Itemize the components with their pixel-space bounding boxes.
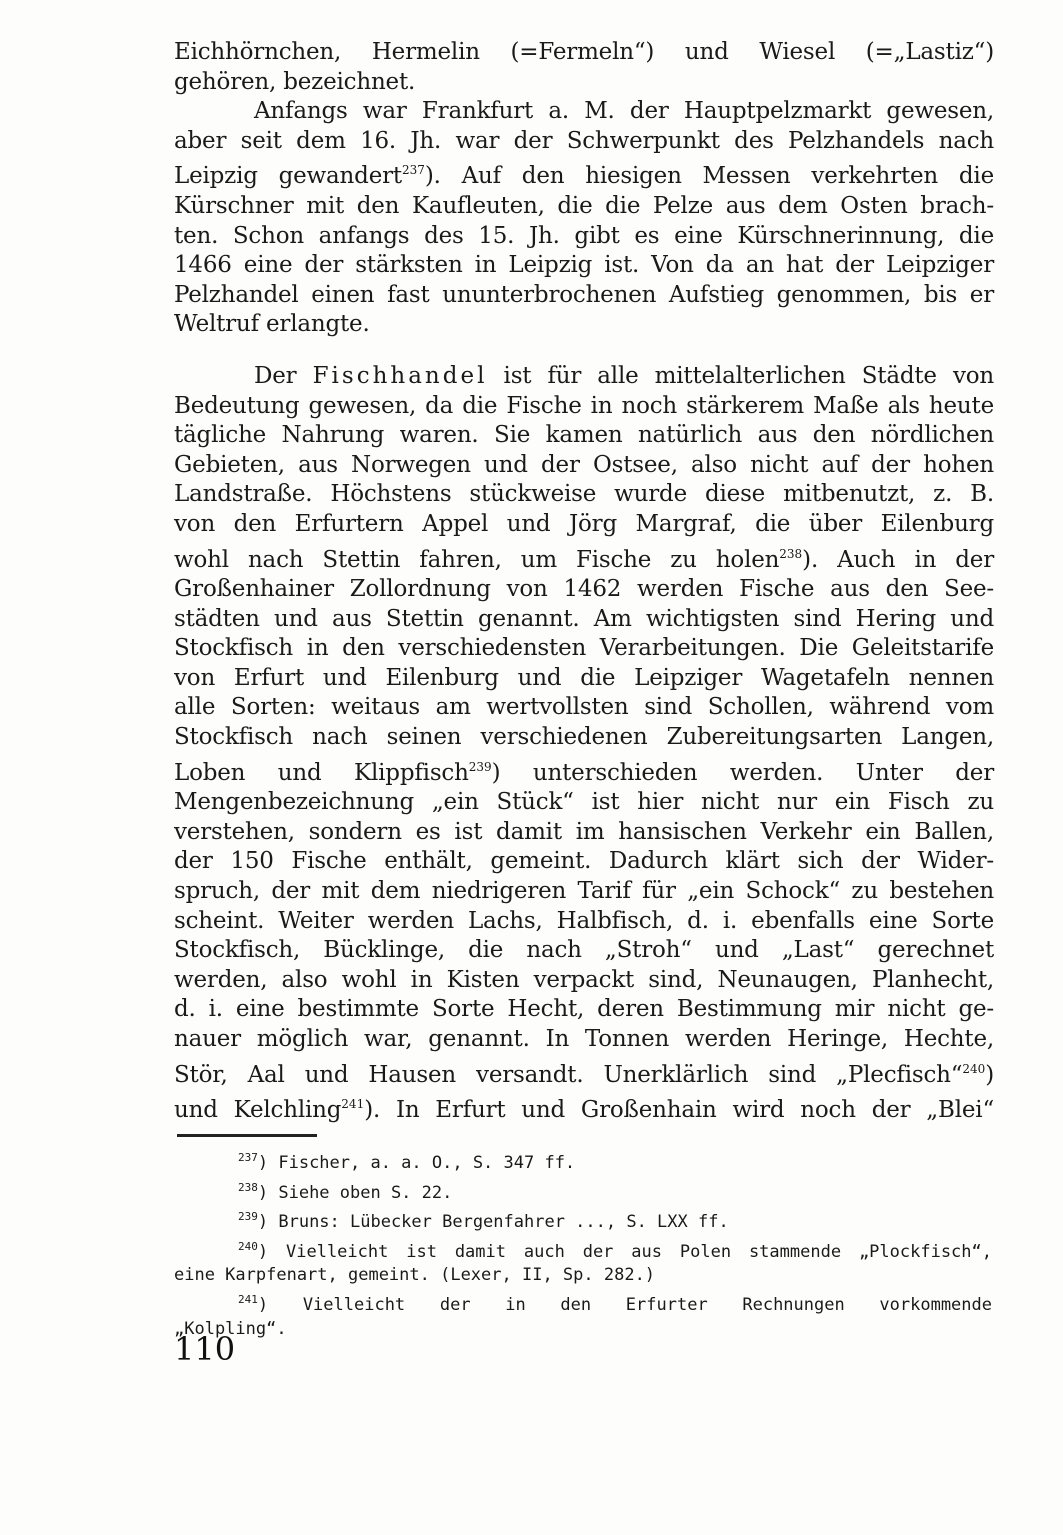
text-line: Eichhörnchen, Hermelin (=Fermeln“) und W… bbox=[174, 38, 994, 68]
text-line: tägliche Nahrung waren. Sie kamen natürl… bbox=[174, 421, 994, 451]
text-segment: ) bbox=[985, 1062, 994, 1088]
footnote-text: eine Karpfenart, gemeint. (Lexer, II, Sp… bbox=[174, 1265, 655, 1285]
text-segment: und Kelchling bbox=[174, 1097, 341, 1123]
text-segment: Leipzig gewandert bbox=[174, 163, 402, 189]
footnote-line: 238) Siehe oben S. 22. bbox=[174, 1176, 992, 1206]
text-segment: wohl nach Stettin fahren, um Fische zu h… bbox=[174, 547, 779, 573]
page-number: 110 bbox=[174, 1330, 235, 1368]
text-line: Stockfisch nach seinen verschiedenen Zub… bbox=[174, 723, 994, 753]
text-line: und Kelchling241). In Erfurt und Großenh… bbox=[174, 1090, 994, 1126]
text-line: Mengenbezeichnung „ein Stück“ ist hier n… bbox=[174, 788, 994, 818]
paragraph: Eichhörnchen, Hermelin (=Fermeln“) und W… bbox=[174, 38, 994, 97]
footnote-number: 241 bbox=[238, 1293, 258, 1306]
text-line: verstehen, sondern es ist damit im hansi… bbox=[174, 818, 994, 848]
text-line: ten. Schon anfangs des 15. Jh. gibt es e… bbox=[174, 222, 994, 252]
footnote-reference[interactable]: 239 bbox=[469, 760, 492, 774]
footnote-text: Vielleicht der in den Erfurter Rechnunge… bbox=[303, 1295, 992, 1315]
footnote-reference[interactable]: 238 bbox=[779, 547, 802, 561]
text-line: 1466 eine der stärksten in Leipzig ist. … bbox=[174, 251, 994, 281]
text-line: Gebieten, aus Norwegen und der Ostsee, a… bbox=[174, 451, 994, 481]
text-line: Pelzhandel einen fast ununterbrochenen A… bbox=[174, 281, 994, 311]
text-line: wohl nach Stettin fahren, um Fische zu h… bbox=[174, 540, 994, 576]
footnote-separator-rule bbox=[177, 1134, 317, 1137]
text-line: Kürschner mit den Kaufleuten, die die Pe… bbox=[174, 192, 994, 222]
footnote-text: Siehe oben S. 22. bbox=[278, 1183, 452, 1203]
text-line: Leipzig gewandert237). Auf den hiesigen … bbox=[174, 156, 994, 192]
text-line: Landstraße. Höchstens stückweise wurde d… bbox=[174, 480, 994, 510]
text-line: Der Fischhandel ist für alle mittelalter… bbox=[174, 362, 994, 392]
footnote-line: „Kolpling“. bbox=[174, 1318, 992, 1342]
text-line: d. i. eine bestimmte Sorte Hecht, deren … bbox=[174, 995, 994, 1025]
text-line: nauer möglich war, genannt. In Tonnen we… bbox=[174, 1025, 994, 1055]
text-line: alle Sorten: weitaus am wertvollsten sin… bbox=[174, 693, 994, 723]
footnote-reference[interactable]: 240 bbox=[962, 1062, 985, 1076]
text-line: spruch, der mit dem niedrigeren Tarif fü… bbox=[174, 877, 994, 907]
text-segment: ). In Erfurt und Großenhain wird noch de… bbox=[364, 1097, 994, 1123]
text-line: gehören, bezeichnet. bbox=[174, 68, 994, 98]
text-line: aber seit dem 16. Jh. war der Schwerpunk… bbox=[174, 127, 994, 157]
text-line: der 150 Fische enthält, gemeint. Dadurch… bbox=[174, 847, 994, 877]
text-line: Stockfisch in den verschiedensten Verarb… bbox=[174, 634, 994, 664]
text-line: Stockfisch, Bücklinge, die nach „Stroh“ … bbox=[174, 936, 994, 966]
paragraph-gap bbox=[174, 340, 994, 362]
footnote-number: 238 bbox=[238, 1181, 258, 1194]
footnote-reference[interactable]: 237 bbox=[402, 163, 425, 177]
text-segment: Stör, Aal und Hausen versandt. Unerklärl… bbox=[174, 1062, 962, 1088]
book-page: Eichhörnchen, Hermelin (=Fermeln“) und W… bbox=[0, 0, 1063, 1535]
text-line: Weltruf erlangte. bbox=[174, 310, 994, 340]
footnote-number: 240 bbox=[238, 1240, 258, 1253]
text-line: Anfangs war Frankfurt a. M. der Hauptpel… bbox=[174, 97, 994, 127]
text-line: Großenhainer Zollordnung von 1462 werden… bbox=[174, 575, 994, 605]
text-line: Bedeutung gewesen, da die Fische in noch… bbox=[174, 392, 994, 422]
text-segment: ist für alle mittelalterlichen Städte vo… bbox=[487, 363, 994, 389]
text-line: von den Erfurtern Appel und Jörg Margraf… bbox=[174, 510, 994, 540]
text-line: scheint. Weiter werden Lachs, Halbfisch,… bbox=[174, 907, 994, 937]
text-segment: ). Auf den hiesigen Messen verkehrten di… bbox=[425, 163, 994, 189]
paragraph: Der Fischhandel ist für alle mittelalter… bbox=[174, 362, 994, 1126]
footnote-text: Bruns: Lübecker Bergenfahrer ..., S. LXX… bbox=[278, 1212, 728, 1232]
text-line: Stör, Aal und Hausen versandt. Unerklärl… bbox=[174, 1055, 994, 1091]
footnote-reference[interactable]: 241 bbox=[341, 1097, 364, 1111]
footnote-number: 239 bbox=[238, 1210, 258, 1223]
footnote-number: 237 bbox=[238, 1151, 258, 1164]
text-line: städten und aus Stettin genannt. Am wich… bbox=[174, 605, 994, 635]
text-segment: Der bbox=[254, 363, 313, 389]
text-segment: ). Auch in der bbox=[802, 547, 994, 573]
paragraph: Anfangs war Frankfurt a. M. der Hauptpel… bbox=[174, 97, 994, 340]
text-segment: ) unterschieden werden. Unter der bbox=[492, 760, 994, 786]
footnote-line: 239) Bruns: Lübecker Bergenfahrer ..., S… bbox=[174, 1205, 992, 1235]
text-line: werden, also wohl in Kisten verpackt sin… bbox=[174, 966, 994, 996]
text-line: von Erfurt und Eilenburg und die Leipzig… bbox=[174, 664, 994, 694]
text-segment: Loben und Klippfisch bbox=[174, 760, 469, 786]
body-text: Eichhörnchen, Hermelin (=Fermeln“) und W… bbox=[174, 38, 994, 1126]
spaced-emphasis: Fischhandel bbox=[313, 363, 488, 389]
footnote-text: Fischer, a. a. O., S. 347 ff. bbox=[278, 1153, 575, 1173]
footnote-text: Vielleicht ist damit auch der aus Polen … bbox=[286, 1242, 992, 1262]
footnote-line: eine Karpfenart, gemeint. (Lexer, II, Sp… bbox=[174, 1264, 992, 1288]
footnote-line: 240) Vielleicht ist damit auch der aus P… bbox=[174, 1235, 992, 1265]
footnotes: 237) Fischer, a. a. O., S. 347 ff.238) S… bbox=[174, 1146, 992, 1341]
text-line: Loben und Klippfisch239) unterschieden w… bbox=[174, 753, 994, 789]
footnote-line: 241) Vielleicht der in den Erfurter Rech… bbox=[174, 1288, 992, 1318]
footnote-line: 237) Fischer, a. a. O., S. 347 ff. bbox=[174, 1146, 992, 1176]
